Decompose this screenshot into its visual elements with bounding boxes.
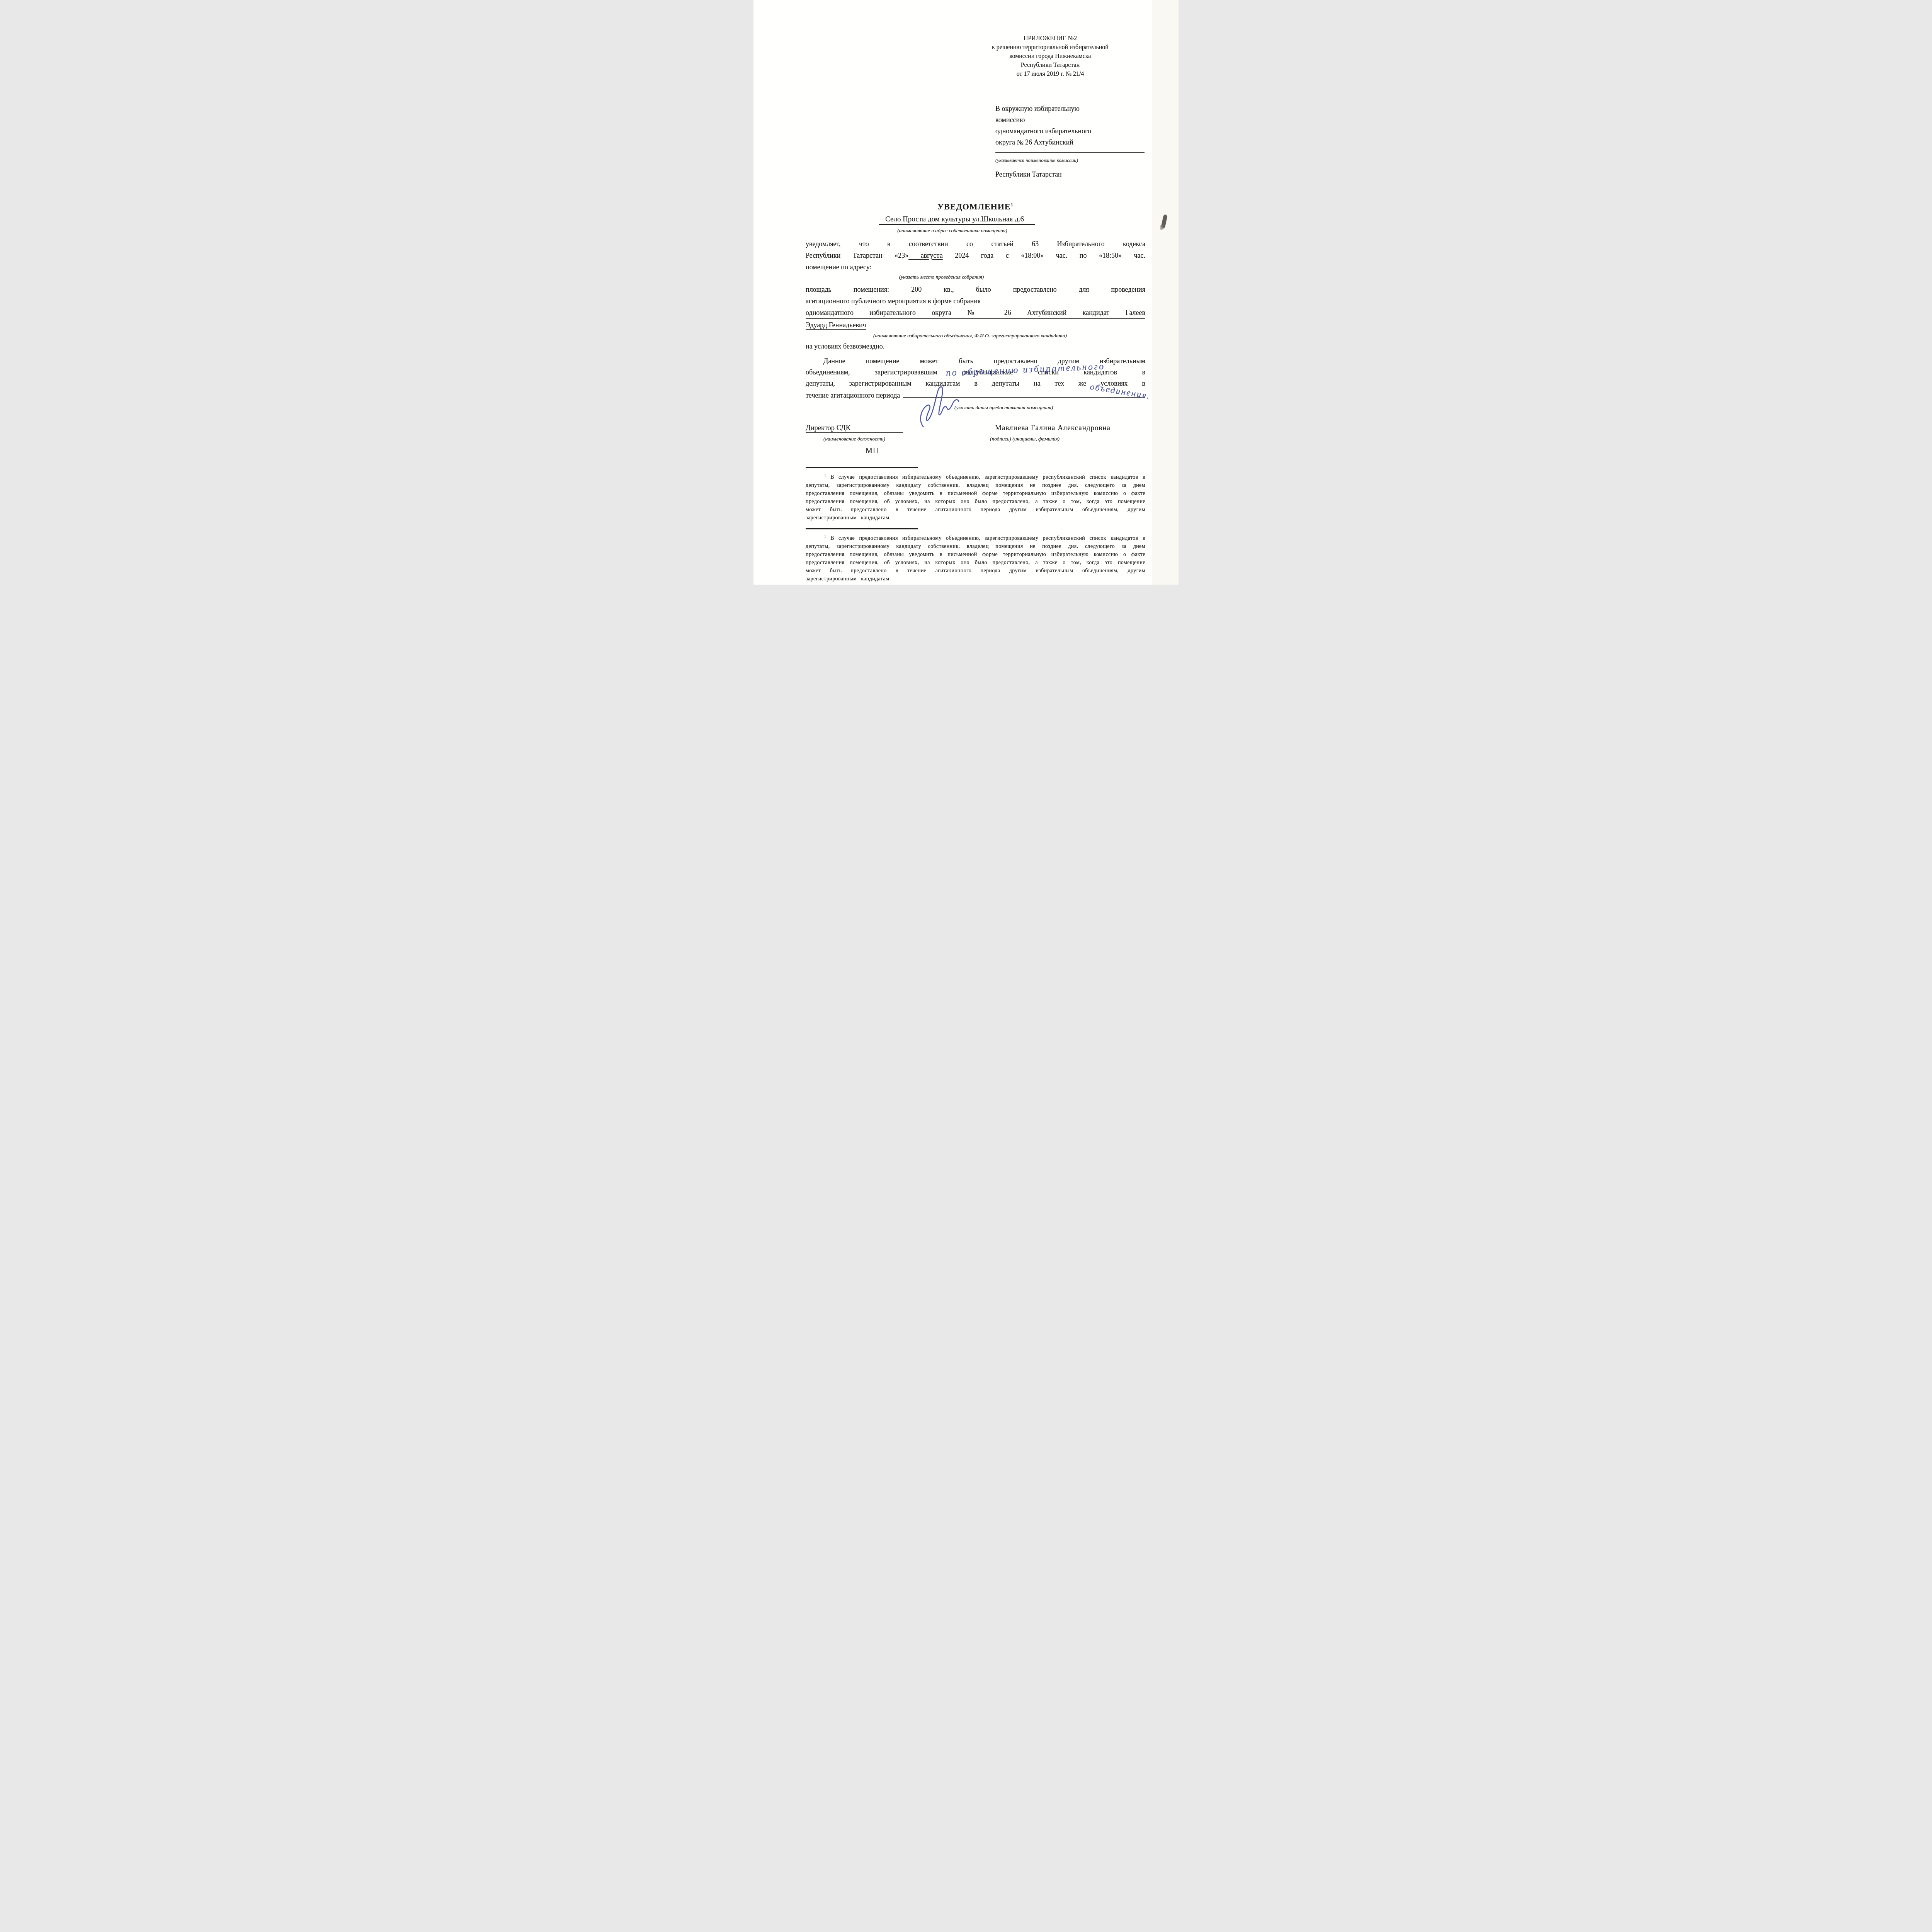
paragraph-line: помещение по адресу: [806,261,1145,273]
candidate-line2: Эдуард Геннадьевич [806,319,1145,331]
footnote-text: В случае предоставления избирательному о… [806,474,1145,521]
candidate-caption: (наименование избирательного объединения… [800,333,1140,339]
header-line: от 17 июля 2019 г. № 21/4 [975,70,1126,78]
header-line: ПРИЛОЖЕНИЕ №2 [975,34,1126,43]
title-text: УВЕДОМЛЕНИЕ [937,202,1010,211]
footnote: 1 В случае предоставления избирательному… [806,532,1145,583]
paragraph-line: площадь помещения: 200 кв., было предост… [806,284,1145,295]
paragraph-premises: площадь помещения: 200 кв., было предост… [806,284,1145,352]
venue-line: Село Прости дом культуры ул.Школьная д.6 [787,215,1127,225]
recipient-line: одномандатного избирательного [995,126,1145,137]
venue-caption: (наименование и адрес собственника помещ… [782,228,1122,234]
signature-caption: (подпись) (инициалы, фамилия) [990,436,1060,442]
signatory-name: Мавлиева Галина Александровна [995,424,1111,432]
header-line: Республики Татарстан [975,61,1126,70]
scan-edge-strip [1152,0,1179,585]
dates-caption: (указать даты предоставления помещения) [954,405,1145,411]
footnote-separator [806,528,918,529]
paragraph-line: уведомляет, что в соответствии со статье… [806,238,1145,250]
title-footnote-ref: 1 [1010,202,1014,207]
footnote-text: В случае предоставления избирательному о… [806,536,1145,582]
footnote-ref: 1 [824,473,826,477]
place-caption: (указать место проведения собрания) [772,274,1111,280]
position-title-underlined: Директор СДК [806,424,903,433]
signature-row: Директор СДК Мавлиева Галина Александров… [806,424,1145,433]
stamp-mp-label: МП [866,447,1145,456]
terms-line: на условиях безвозмездно. [806,340,1145,352]
signature-captions: (наименование должности) (подпись) (иниц… [806,436,1145,442]
recipient-block: В окружную избирательную комиссию однома… [995,103,1145,180]
handwritten-signature-scribble [914,382,972,430]
date-suffix: 2024 года с «18:00» час. по «18:50» час. [943,252,1145,259]
recipient-line: В окружную избирательную [995,103,1145,114]
header-line: комиссии города Нижнекамска [975,52,1126,61]
header-line: к решению территориальной избирательной [975,43,1126,52]
footnote-separator [806,467,918,468]
venue-text: Село Прости дом культуры ул.Школьная д.6 [879,215,1035,225]
position-caption: (наименование должности) [806,436,903,442]
paragraph-notice: уведомляет, что в соответствии со статье… [806,238,1145,273]
candidate-line-underlined: одномандатного избирательного округа № 2… [806,307,1145,319]
document-title: УВЕДОМЛЕНИЕ1 [806,202,1145,212]
footnote-ref: 1 [824,534,826,538]
recipient-region: Республики Татарстан [995,169,1145,180]
commission-name-blank-line [995,148,1145,153]
date-month-underlined: августа [908,252,942,259]
candidate-name-underlined: Эдуард Геннадьевич [806,321,866,330]
appendix-header: ПРИЛОЖЕНИЕ №2 к решению территориальной … [975,34,1126,78]
date-prefix: Республики Татарстан «23» [806,252,908,259]
footnote: 1 В случае предоставления избирательному… [806,471,1145,522]
paragraph-line: агитационного публичного мероприятия в ф… [806,295,1145,307]
scanned-document-page: ПРИЛОЖЕНИЕ №2 к решению территориальной … [753,0,1179,585]
recipient-line: округа № 26 Ахтубинский [995,137,1145,148]
paragraph-line: Республики Татарстан «23» августа 2024 г… [806,250,1145,261]
period-text: течение агитационного периода [806,390,900,401]
commission-name-caption: (указывается наименование комиссии) [995,155,1145,166]
recipient-line: комиссию [995,114,1145,126]
